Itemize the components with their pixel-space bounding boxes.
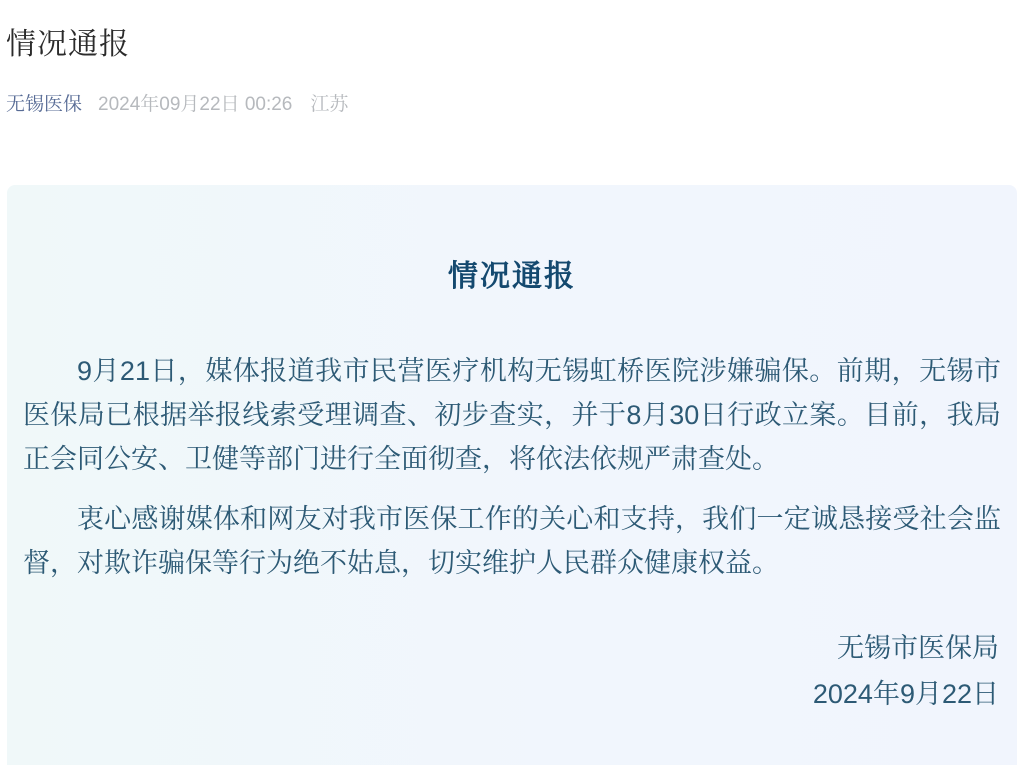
notice-paragraph-2: 衷心感谢媒体和网友对我市医保工作的关心和支持，我们一定诚恳接受社会监督，对欺诈骗… [23, 497, 1001, 585]
signature-date: 2024年9月22日 [23, 671, 999, 717]
publish-datetime: 2024年09月22日 00:26 [98, 92, 292, 118]
article-page: 情况通报 无锡医保 2024年09月22日 00:26 江苏 情况通报 9月21… [0, 0, 1024, 765]
article-header: 情况通报 无锡医保 2024年09月22日 00:26 江苏 [0, 0, 1024, 118]
article-meta: 无锡医保 2024年09月22日 00:26 江苏 [6, 92, 1008, 118]
notice-paragraph-1: 9月21日，媒体报道我市民营医疗机构无锡虹桥医院涉嫌骗保。前期，无锡市医保局已根… [23, 349, 1001, 481]
notice-title: 情况通报 [23, 257, 1001, 297]
article-title: 情况通报 [6, 24, 1008, 66]
notice-signature: 无锡市医保局 2024年9月22日 [23, 625, 1001, 717]
notice-card: 情况通报 9月21日，媒体报道我市民营医疗机构无锡虹桥医院涉嫌骗保。前期，无锡市… [7, 185, 1017, 765]
notice-body: 9月21日，媒体报道我市民营医疗机构无锡虹桥医院涉嫌骗保。前期，无锡市医保局已根… [23, 349, 1001, 585]
account-link[interactable]: 无锡医保 [6, 92, 82, 118]
signature-org: 无锡市医保局 [23, 625, 999, 671]
publish-location: 江苏 [310, 92, 348, 118]
